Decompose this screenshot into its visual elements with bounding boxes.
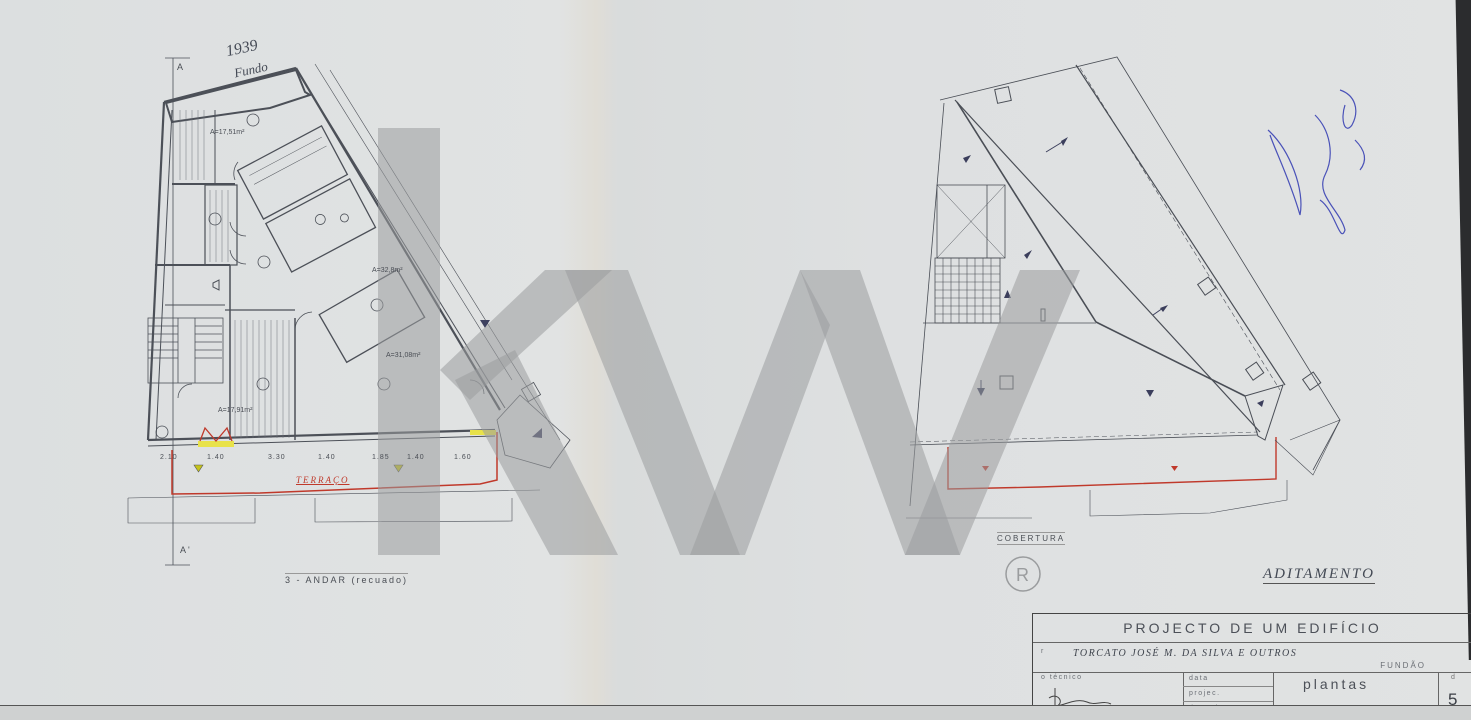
- date-label: data: [1189, 675, 1209, 682]
- terrace-dimension: 1.85: [372, 454, 390, 461]
- terrace-label: TERRAÇO: [296, 475, 350, 485]
- room-area-label: A=17,51m²: [210, 129, 244, 136]
- terrace-dimension: 1.40: [207, 454, 225, 461]
- addendum-label: ADITAMENTO: [1263, 566, 1375, 584]
- sheet-label: d: [1451, 674, 1455, 681]
- room-area-label: A=31,08m²: [386, 352, 420, 359]
- left-plan-title: 3 - ANDAR (recuado): [285, 573, 408, 585]
- section-marker-top: A: [177, 62, 185, 72]
- owner-prefix: r: [1041, 648, 1045, 655]
- svg-text:R: R: [1016, 565, 1029, 585]
- down-arrow-icon: [194, 465, 203, 472]
- floor-plan-drawing: R: [0, 0, 1471, 720]
- room-area-label: A=17,91m²: [218, 407, 252, 414]
- entry-arrow-icon: [213, 280, 219, 290]
- owner-row: r TORCATO JOSÉ M. DA SILVA E OUTROS FUND…: [1033, 642, 1471, 673]
- project-label: projec.: [1189, 690, 1221, 697]
- sheet-title: plantas: [1303, 676, 1369, 692]
- room-area-label: A=32,8m²: [372, 267, 403, 274]
- terrace-dimension: 1.60: [454, 454, 472, 461]
- terrace-dimension: 1.40: [407, 454, 425, 461]
- signature-scribble: [1268, 90, 1365, 234]
- owner-name: TORCATO JOSÉ M. DA SILVA E OUTROS: [1073, 648, 1297, 659]
- terrace-dimension: 2.10: [160, 454, 178, 461]
- location-label: FUNDÃO: [1380, 661, 1426, 670]
- section-marker-bottom: A': [180, 545, 192, 555]
- right-plan-title: COBERTURA: [997, 532, 1065, 545]
- technician-label: o técnico: [1041, 674, 1083, 681]
- terrace-dimension: 1.40: [318, 454, 336, 461]
- project-title: PROJECTO DE UM EDIFÍCIO: [1033, 614, 1471, 643]
- title-block: PROJECTO DE UM EDIFÍCIO r TORCATO JOSÉ M…: [1032, 613, 1471, 720]
- terrace-dimension: 3.30: [268, 454, 286, 461]
- sheet-bottom-edge: [0, 705, 1471, 720]
